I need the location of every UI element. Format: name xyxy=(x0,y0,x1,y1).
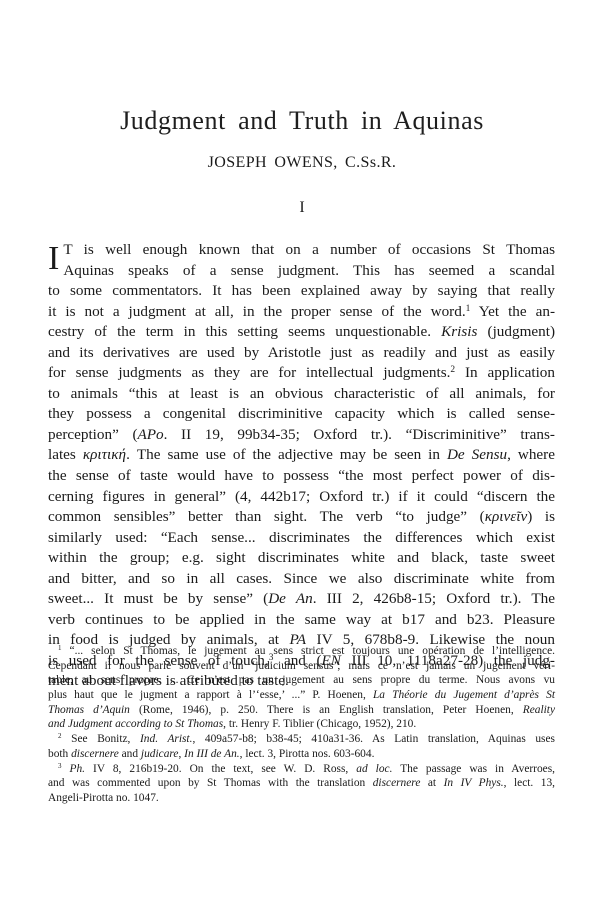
body-line: T is well enough known that on a number … xyxy=(48,240,555,261)
footnote-2: 2 See Bonitz, Ind. Arist., 409a57-b8; b3… xyxy=(48,732,555,747)
body-line: cerning figures in general” (4, 442b17; … xyxy=(48,487,555,508)
footnote-line: Angeli-Pirotta no. 1047. xyxy=(48,791,555,806)
body-line: cestry of the term in this setting seems… xyxy=(48,322,555,343)
body-line: to animals “this at least is an obvious … xyxy=(48,384,555,405)
article-author: JOSEPH OWENS, C.Ss.R. xyxy=(0,154,604,172)
body-line: within the group; e.g. sight discriminat… xyxy=(48,548,555,569)
body-line: lates κριτική. The same use of the adjec… xyxy=(48,445,555,466)
document-page: Judgment and Truth in Aquinas JOSEPH OWE… xyxy=(0,0,604,913)
drop-cap: I xyxy=(48,244,59,278)
body-line: it is not a judgment at all, in the prop… xyxy=(48,302,555,323)
footnote-line: both discernere and judicare, In III de … xyxy=(48,747,555,762)
body-line: the sense of taste would have to possess… xyxy=(48,466,555,487)
footnote-line: table, au sens propre. ... Ce n’est pas … xyxy=(48,673,555,688)
body-line: Aquinas speaks of a sense judgment. This… xyxy=(48,261,555,282)
body-line: sweet... It must be by sense” (De An. II… xyxy=(48,589,555,610)
body-text: I T is well enough known that on a numbe… xyxy=(48,240,555,692)
footnote-line: Cependant il nous parle souvent d’un ‘ju… xyxy=(48,659,555,674)
footnote-line: and Judgment according to St Thomas, tr.… xyxy=(48,717,555,732)
body-line: verb continues to be applied in the same… xyxy=(48,610,555,631)
body-line: common sensibles” better than sight. The… xyxy=(48,507,555,528)
body-line: for sense judgments as they are for inte… xyxy=(48,363,555,384)
footnote-3: 3 Ph. IV 8, 216b19-20. On the text, see … xyxy=(48,762,555,777)
body-line: to some commentators. It has been explai… xyxy=(48,281,555,302)
section-numeral: I xyxy=(0,199,604,217)
footnotes: 1 “... selon St Thomas, le jugement au s… xyxy=(48,644,555,806)
body-line: they possess a congenital discriminitive… xyxy=(48,404,555,425)
body-line: similarly used: “Each sense... discrimin… xyxy=(48,528,555,549)
footnote-line: plus haut que le jugment a rapport à l’‘… xyxy=(48,688,555,703)
article-title: Judgment and Truth in Aquinas xyxy=(0,106,604,136)
footnote-line: Thomas d’Aquin (Rome, 1946), p. 250. The… xyxy=(48,703,555,718)
footnote-1: 1 “... selon St Thomas, le jugement au s… xyxy=(48,644,555,659)
body-line: and its derivatives are used by Aristotl… xyxy=(48,343,555,364)
body-line: and bitter, and so in all cases. Since w… xyxy=(48,569,555,590)
body-line: perception” (APo. II 19, 99b34-35; Oxfor… xyxy=(48,425,555,446)
footnote-line: and was commented upon by St Thomas with… xyxy=(48,776,555,791)
